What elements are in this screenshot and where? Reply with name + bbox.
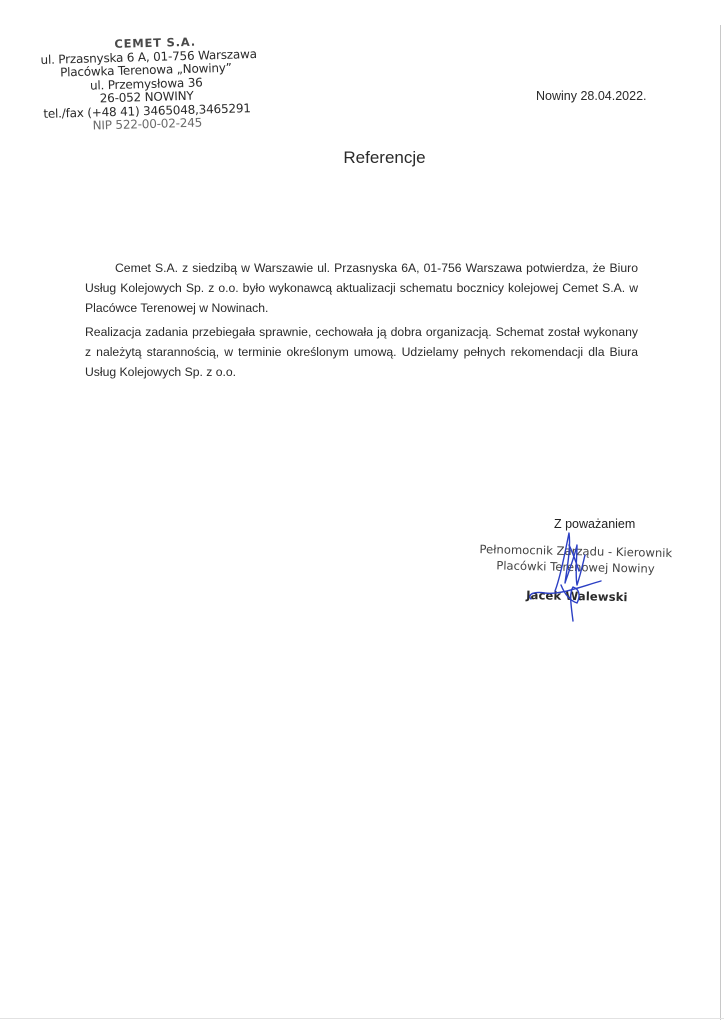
signature-stamp: Pełnomocnik Zarządu - Kierownik Placówki… (475, 542, 676, 607)
paragraph-confirmation: Cemet S.A. z siedzibą w Warszawie ul. Pr… (85, 258, 638, 318)
document-title: Referencje (0, 148, 724, 168)
place-date: Nowiny 28.04.2022. (536, 89, 647, 103)
page-right-edge (720, 25, 721, 1020)
signer-name: Jacek Walewski (475, 587, 675, 607)
paragraph-recommendation: Realizacja zadania przebiegała sprawnie,… (85, 322, 638, 382)
page-bottom-edge (0, 1018, 724, 1019)
closing-salutation: Z poważaniem (554, 517, 635, 531)
company-stamp: CEMET S.A. ul. Przasnyska 6 A, 01-756 Wa… (40, 34, 253, 134)
